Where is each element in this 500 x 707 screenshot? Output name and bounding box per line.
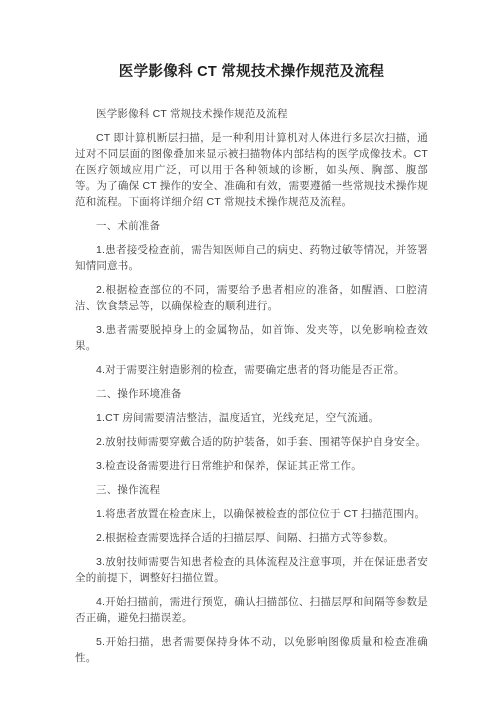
paragraph: 1.CT 房间需要清洁整洁，温度适宜，光线充足，空气流通。 <box>75 410 428 426</box>
paragraph: 1.将患者放置在检查床上，以确保被检查的部位位于 CT 扫描范围内。 <box>75 506 428 522</box>
section-heading: 二、操作环境准备 <box>75 386 428 402</box>
paragraph: CT 即计算机断层扫描，是一种利用计算机对人体进行多层次扫描，通过对不同层面的图… <box>75 130 428 210</box>
document-title: 医学影像科 CT 常规技术操作规范及流程 <box>75 62 428 82</box>
paragraph: 1.患者接受检查前，需告知医师自己的病史、药物过敏等情况，并签署知情同意书。 <box>75 242 428 274</box>
paragraph: 2.根据检查需要选择合适的扫描层厚、间隔、扫描方式等参数。 <box>75 530 428 546</box>
paragraph: 3.患者需要脱掉身上的金属物品，如首饰、发夹等，以免影响检查效果。 <box>75 322 428 354</box>
document-body: 医学影像科 CT 常规技术操作规范及流程CT 即计算机断层扫描，是一种利用计算机… <box>75 106 428 666</box>
paragraph: 4.开始扫描前，需进行预览，确认扫描部位、扫描层厚和间隔等参数是否正确，避免扫描… <box>75 594 428 626</box>
section-heading: 三、操作流程 <box>75 482 428 498</box>
paragraph: 3.检查设备需要进行日常维护和保养，保证其正常工作。 <box>75 458 428 474</box>
paragraph: 2.根据检查部位的不同，需要给予患者相应的准备，如醒酒、口腔清洁、饮食禁忌等，以… <box>75 282 428 314</box>
paragraph: 5.开始扫描，患者需要保持身体不动，以免影响图像质量和检查准确性。 <box>75 634 428 666</box>
paragraph: 医学影像科 CT 常规技术操作规范及流程 <box>75 106 428 122</box>
paragraph: 2.放射技师需要穿戴合适的防护装备，如手套、围裙等保护自身安全。 <box>75 434 428 450</box>
paragraph: 3.放射技师需要告知患者检查的具体流程及注意事项，并在保证患者安全的前提下，调整… <box>75 554 428 586</box>
document-page: 医学影像科 CT 常规技术操作规范及流程 医学影像科 CT 常规技术操作规范及流… <box>0 0 500 707</box>
section-heading: 一、术前准备 <box>75 218 428 234</box>
paragraph: 4.对于需要注射造影剂的检查，需要确定患者的肾功能是否正常。 <box>75 362 428 378</box>
